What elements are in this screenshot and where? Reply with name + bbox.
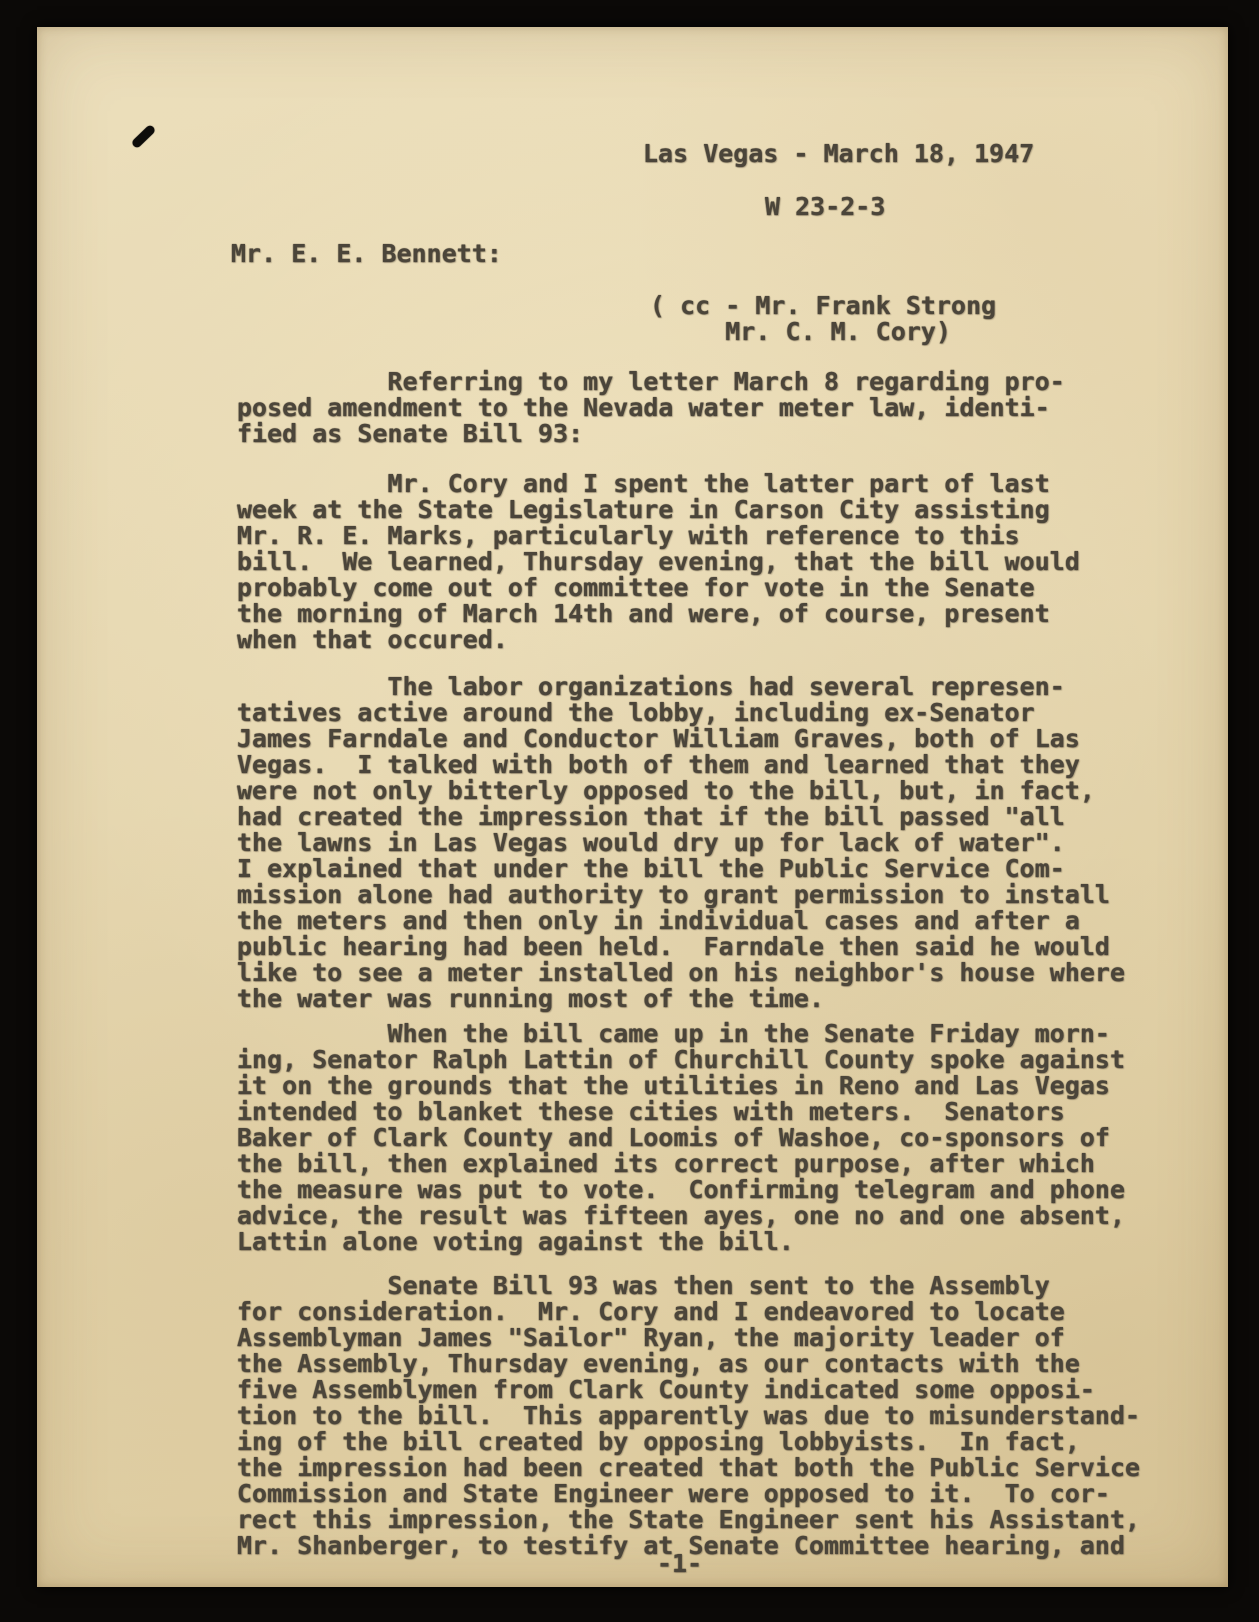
paragraph-5: Senate Bill 93 was then sent to the Asse… [237, 1273, 1140, 1559]
ink-mark [131, 124, 157, 149]
paragraph-2: Mr. Cory and I spent the latter part of … [237, 471, 1080, 653]
paragraph-1: Referring to my letter March 8 regarding… [237, 369, 1065, 447]
paragraph-4: When the bill came up in the Senate Frid… [237, 1021, 1125, 1255]
letter-page: Las Vegas - March 18, 1947 W 23-2-3 Mr. … [37, 27, 1228, 1587]
paragraph-3: The labor organizations had several repr… [237, 674, 1125, 1012]
dateline: Las Vegas - March 18, 1947 [643, 141, 1034, 167]
scan-background: { "letter": { "dateline": "Las Vegas - M… [0, 0, 1259, 1622]
page-number: -1- [657, 1551, 702, 1577]
reference-number: W 23-2-3 [765, 194, 885, 220]
recipient-line: Mr. E. E. Bennett: [231, 241, 502, 267]
cc-note: ( cc - Mr. Frank Strong Mr. C. M. Cory) [650, 293, 996, 345]
